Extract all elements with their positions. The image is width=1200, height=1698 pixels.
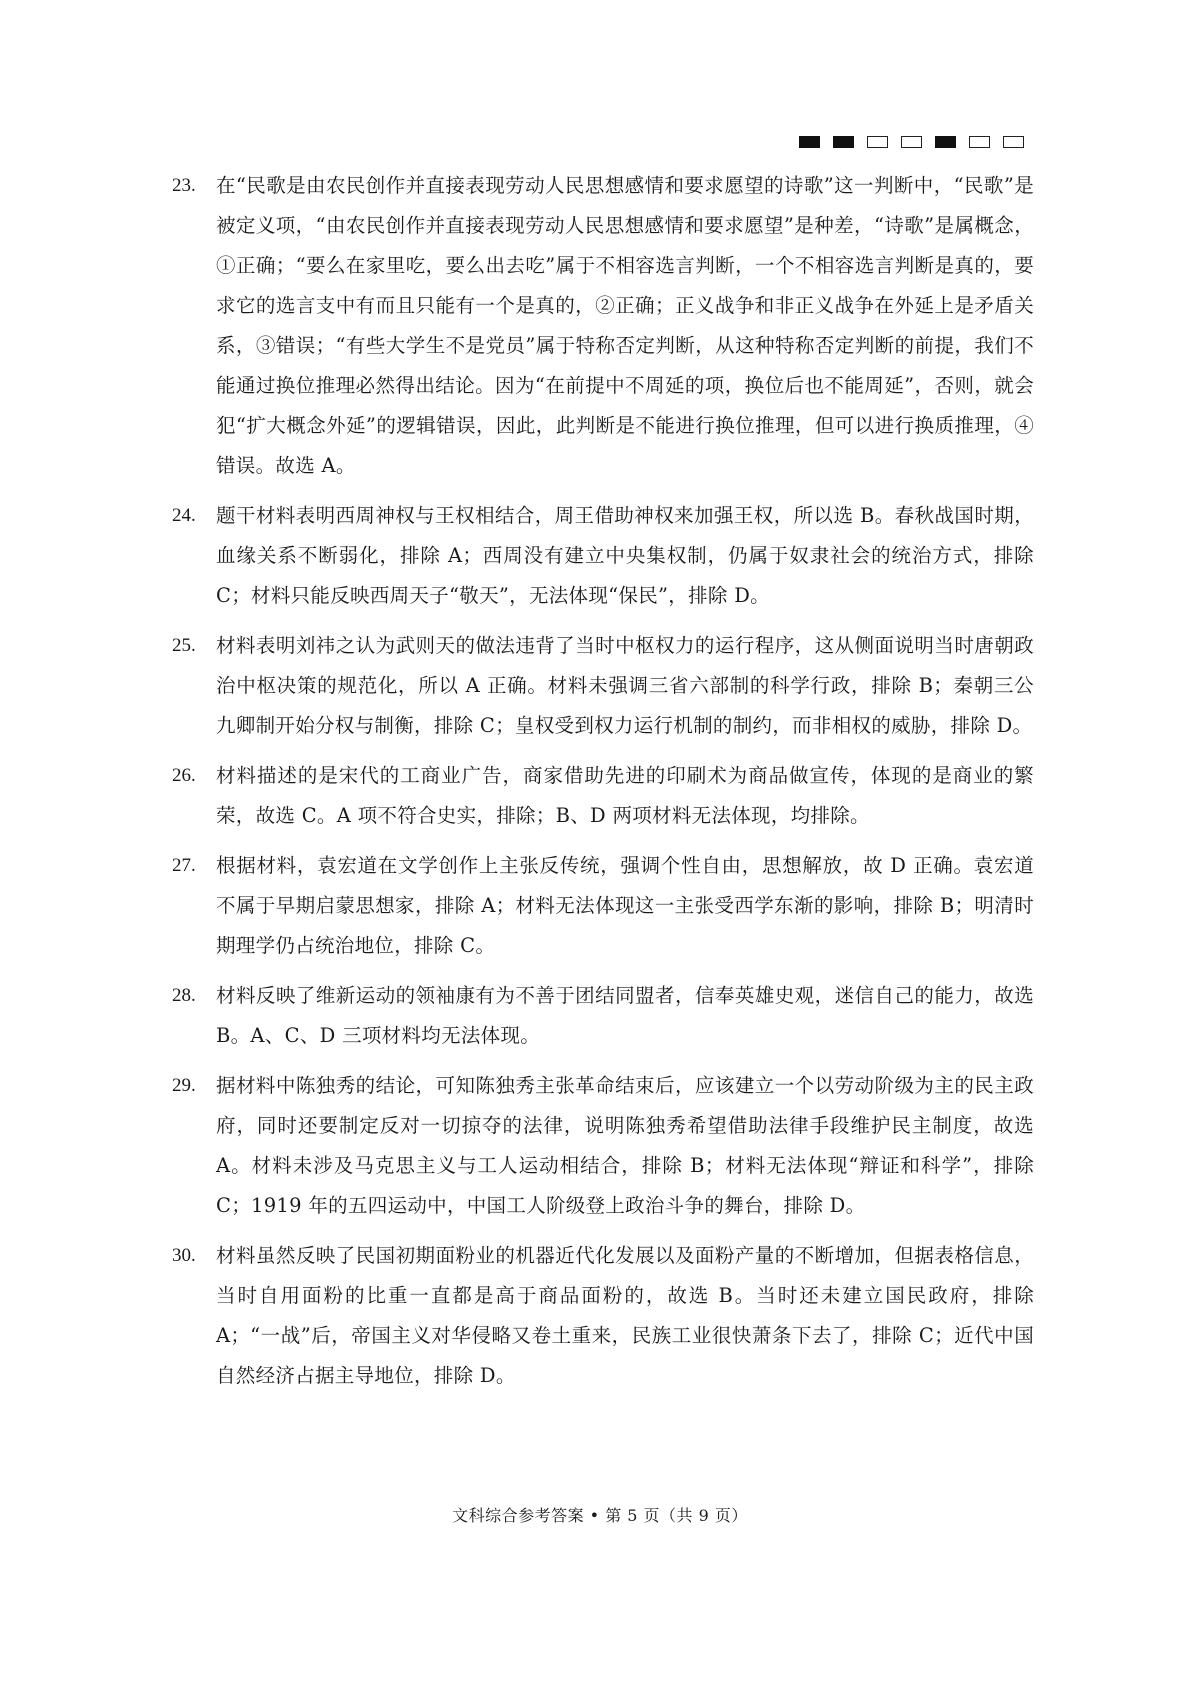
answer-text: 材料描述的是宋代的工商业广告，商家借助先进的印刷术为商品做宣传，体现的是商业的繁… [216,756,1034,836]
question-number: 30. [172,1236,216,1396]
marker-square-3 [867,136,888,148]
answer-item-29: 29. 据材料中陈独秀的结论，可知陈独秀主张革命结束后，应该建立一个以劳动阶级为… [172,1066,1034,1226]
question-number: 27. [172,846,216,966]
answer-text: 材料表明刘祎之认为武则天的做法违背了当时中枢权力的运行程序，这从侧面说明当时唐朝… [216,626,1034,746]
answer-item-26: 26. 材料描述的是宋代的工商业广告，商家借助先进的印刷术为商品做宣传，体现的是… [172,756,1034,836]
question-number: 25. [172,626,216,746]
question-number: 28. [172,976,216,1056]
answer-text: 据材料中陈独秀的结论，可知陈独秀主张革命结束后，应该建立一个以劳动阶级为主的民主… [216,1066,1034,1226]
answer-text: 材料虽然反映了民国初期面粉业的机器近代化发展以及面粉产量的不断增加，但据表格信息… [216,1236,1034,1396]
marker-square-1 [799,136,820,148]
marker-square-5 [935,136,956,148]
answer-text: 根据材料，袁宏道在文学创作上主张反传统，强调个性自由，思想解放，故 D 正确。袁… [216,846,1034,966]
answer-item-24: 24. 题干材料表明西周神权与王权相结合，周王借助神权来加强王权，所以选 B。春… [172,496,1034,616]
marker-square-2 [833,136,854,148]
question-number: 26. [172,756,216,836]
answer-item-25: 25. 材料表明刘祎之认为武则天的做法违背了当时中枢权力的运行程序，这从侧面说明… [172,626,1034,746]
answer-item-28: 28. 材料反映了维新运动的领袖康有为不善于团结同盟者，信奉英雄史观，迷信自己的… [172,976,1034,1056]
marker-square-7 [1003,136,1024,148]
answer-list: 23. 在“民歌是由农民创作并直接表现劳动人民思想感情和要求愿望的诗歌”这一判断… [172,166,1034,1406]
question-number: 24. [172,496,216,616]
answer-item-23: 23. 在“民歌是由农民创作并直接表现劳动人民思想感情和要求愿望的诗歌”这一判断… [172,166,1034,486]
marker-square-6 [969,136,990,148]
answer-item-27: 27. 根据材料，袁宏道在文学创作上主张反传统，强调个性自由，思想解放，故 D … [172,846,1034,966]
answer-text: 题干材料表明西周神权与王权相结合，周王借助神权来加强王权，所以选 B。春秋战国时… [216,496,1034,616]
marker-square-4 [901,136,922,148]
page-marker-squares [799,136,1024,148]
question-number: 29. [172,1066,216,1226]
answer-item-30: 30. 材料虽然反映了民国初期面粉业的机器近代化发展以及面粉产量的不断增加，但据… [172,1236,1034,1396]
answer-text: 材料反映了维新运动的领袖康有为不善于团结同盟者，信奉英雄史观，迷信自己的能力，故… [216,976,1034,1056]
page-footer: 文科综合参考答案 • 第 5 页（共 9 页） [0,1503,1200,1526]
answer-text: 在“民歌是由农民创作并直接表现劳动人民思想感情和要求愿望的诗歌”这一判断中，“民… [216,166,1034,486]
question-number: 23. [172,166,216,486]
